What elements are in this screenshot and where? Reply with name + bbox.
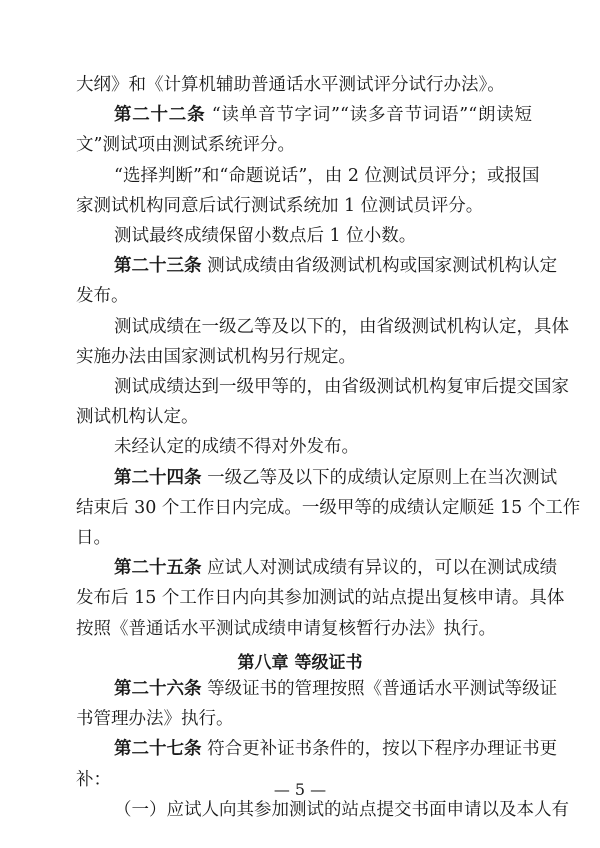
- text-line: 测试成绩在一级乙等及以下的，由省级测试机构认定，具体: [114, 316, 532, 338]
- text-line: 第二十二条 “读单音节字词”“读多音节词语”“朗读短: [114, 104, 532, 126]
- article-number: 第二十七条: [114, 739, 202, 759]
- line-text: 符合更补证书条件的，按以下程序办理证书更: [207, 739, 557, 759]
- text-line: 测试最终成绩保留小数点后 1 位小数。: [114, 225, 532, 247]
- line-text: 应试人对测试成绩有异议的，可以在测试成绩: [207, 558, 557, 578]
- document-page: 大纲》和《计算机辅助普通话水平测试评分试行办法》。第二十二条 “读单音节字词”“…: [0, 0, 600, 848]
- text-line: 测试成绩达到一级甲等的，由省级测试机构复审后提交国家: [114, 376, 532, 398]
- line-text: “选择判断”和“命题说话”，由 2 位测试员评分；或报国: [114, 166, 540, 186]
- article-number: 第二十四条: [114, 468, 202, 488]
- text-line: 测试机构认定。: [76, 406, 532, 428]
- line-text: 一级乙等及以下的成绩认定原则上在当次测试: [207, 468, 557, 488]
- text-line: 第二十六条 等级证书的管理按照《普通话水平测试等级证: [114, 678, 532, 700]
- text-line: 家测试机构同意后试行测试系统加 1 位测试员评分。: [76, 195, 532, 217]
- line-text: 发布后 15 个工作日内向其参加测试的站点提出复核申请。具体: [76, 588, 564, 608]
- page-number: — 5 —: [0, 780, 600, 799]
- line-text: 书管理办法》执行。: [76, 709, 234, 729]
- line-text: 按照《普通话水平测试成绩申请复核暂行办法》执行。: [76, 619, 496, 639]
- text-line: 未经认定的成绩不得对外发布。: [114, 436, 532, 458]
- line-text: 结束后 30 个工作日内完成。一级甲等的成绩认定顺延 15 个工作: [76, 498, 580, 518]
- text-line: 发布后 15 个工作日内向其参加测试的站点提出复核申请。具体: [76, 587, 532, 609]
- text-line: 文”测试项由测试系统评分。: [76, 134, 532, 156]
- line-text: 测试最终成绩保留小数点后 1 位小数。: [114, 226, 416, 246]
- text-line: 实施办法由国家测试机构另行规定。: [76, 346, 532, 368]
- text-line: 书管理办法》执行。: [76, 708, 532, 730]
- line-text: 等级证书的管理按照《普通话水平测试等级证: [207, 679, 557, 699]
- text-line: 第二十七条 符合更补证书条件的，按以下程序办理证书更: [114, 738, 532, 760]
- line-text: 测试成绩在一级乙等及以下的，由省级测试机构认定，具体: [114, 317, 569, 337]
- line-text: 测试成绩由省级测试机构或国家测试机构认定: [207, 256, 557, 276]
- text-line: “选择判断”和“命题说话”，由 2 位测试员评分；或报国: [114, 165, 532, 187]
- line-text: 日。: [76, 528, 111, 548]
- line-text: 测试成绩达到一级甲等的，由省级测试机构复审后提交国家: [114, 377, 569, 397]
- line-text: （一）应试人向其参加测试的站点提交书面申请以及本人有: [114, 800, 569, 820]
- article-number: 第二十二条: [114, 105, 205, 125]
- line-text: 未经认定的成绩不得对外发布。: [114, 437, 359, 457]
- text-line: 发布。: [76, 285, 532, 307]
- line-text: 大纲》和《计算机辅助普通话水平测试评分试行办法》。: [76, 75, 505, 95]
- text-line: 大纲》和《计算机辅助普通话水平测试评分试行办法》。: [76, 74, 532, 96]
- text-line: 第二十四条 一级乙等及以下的成绩认定原则上在当次测试: [114, 467, 532, 489]
- line-text: 测试机构认定。: [76, 407, 199, 427]
- article-number: 第二十五条: [114, 558, 202, 578]
- line-text: 发布。: [76, 286, 129, 306]
- line-text: 实施办法由国家测试机构另行规定。: [76, 347, 356, 367]
- article-number: 第二十三条: [114, 256, 202, 276]
- line-text: 家测试机构同意后试行测试系统加 1 位测试员评分。: [76, 196, 483, 216]
- chapter-heading: 第八章 等级证书: [0, 648, 600, 673]
- text-line: 结束后 30 个工作日内完成。一级甲等的成绩认定顺延 15 个工作: [76, 497, 532, 519]
- text-line: （一）应试人向其参加测试的站点提交书面申请以及本人有: [114, 799, 532, 821]
- text-line: 按照《普通话水平测试成绩申请复核暂行办法》执行。: [76, 618, 532, 640]
- text-line: 日。: [76, 527, 532, 549]
- line-text: 文”测试项由测试系统评分。: [76, 135, 295, 155]
- text-line: 第二十五条 应试人对测试成绩有异议的，可以在测试成绩: [114, 557, 532, 579]
- text-line: 第二十三条 测试成绩由省级测试机构或国家测试机构认定: [114, 255, 532, 277]
- article-number: 第二十六条: [114, 679, 202, 699]
- line-text: “读单音节字词”“读多音节词语”“朗读短: [212, 105, 532, 125]
